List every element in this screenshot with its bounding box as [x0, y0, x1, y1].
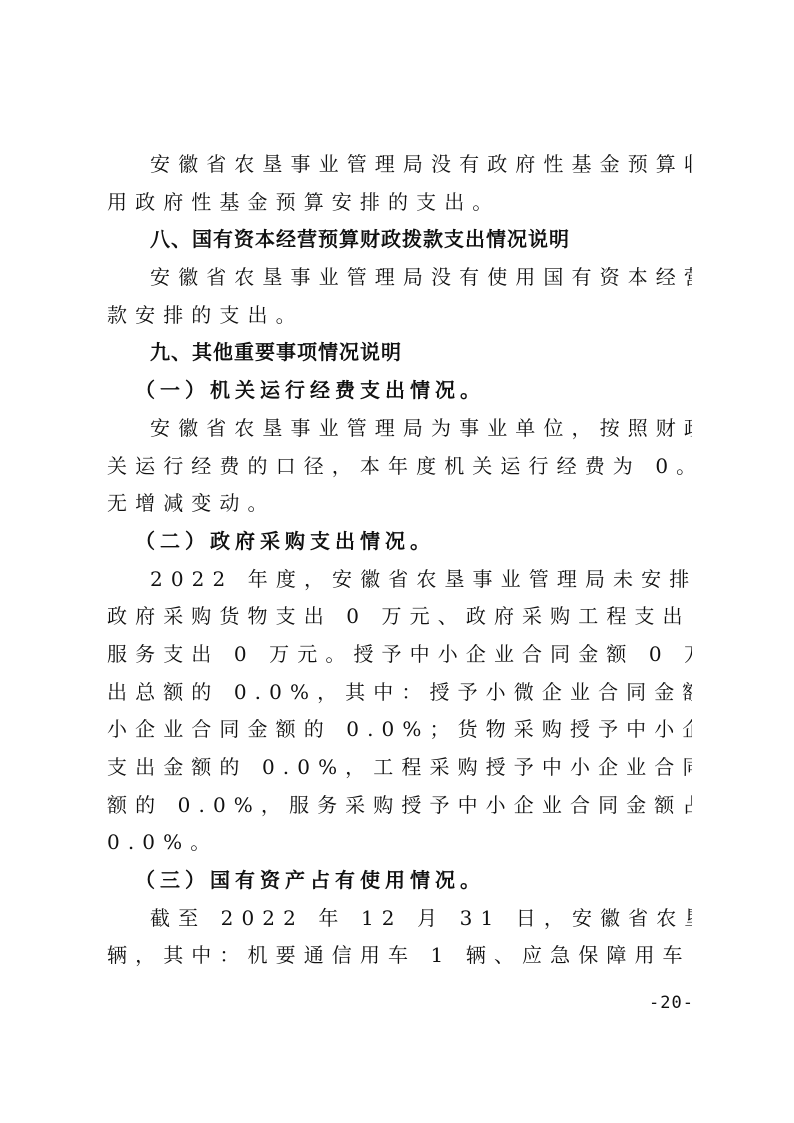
subsection-heading-3: （三）国有资产占有使用情况。: [107, 862, 692, 900]
paragraph-line: 关运行经费的口径，本年度机关运行经费为 0。与 2021 年相比，: [107, 448, 692, 486]
subsection-heading-1: （一）机关运行经费支出情况。: [107, 372, 692, 410]
paragraph-line: 截至 2022 年 12 月 31 日，安徽省农垦事业管理局共有车辆 3: [107, 900, 692, 938]
paragraph-line: 安徽省农垦事业管理局为事业单位，按照财政部部门决算机: [107, 410, 692, 448]
document-page: 安徽省农垦事业管理局没有政府性基金预算收入，也没有使 用政府性基金预算安排的支出…: [0, 0, 794, 1123]
paragraph-line: 款安排的支出。: [107, 297, 692, 335]
paragraph-line: 0.0%。: [107, 824, 692, 862]
document-body: 安徽省农垦事业管理局没有政府性基金预算收入，也没有使 用政府性基金预算安排的支出…: [107, 146, 692, 975]
paragraph-line: 安徽省农垦事业管理局没有使用国有资本经营预算财政拨: [107, 259, 692, 297]
paragraph-line: 无增减变动。: [107, 485, 692, 523]
paragraph-line: 小企业合同金额的 0.0%；货物采购授予中小企业合同金额占货物: [107, 711, 692, 749]
paragraph-line: 2022 年度，安徽省农垦事业管理局未安排政府采购支出，故: [107, 561, 692, 599]
paragraph-line: 支出金额的 0.0%，工程采购授予中小企业合同金额占工程支出金: [107, 749, 692, 787]
page-number: -20-: [649, 993, 694, 1013]
paragraph-line: 服务支出 0 万元。授予中小企业合同金额 0 万元，占政府采购支: [107, 636, 692, 674]
paragraph-line: 额的 0.0%，服务采购授予中小企业合同金额占服务支出金额的: [107, 787, 692, 825]
subsection-heading-2: （二）政府采购支出情况。: [107, 523, 692, 561]
paragraph-line: 安徽省农垦事业管理局没有政府性基金预算收入，也没有使: [107, 146, 692, 184]
section-heading-8: 八、国有资本经营预算财政拨款支出情况说明: [107, 221, 692, 259]
paragraph-line: 用政府性基金预算安排的支出。: [107, 184, 692, 222]
paragraph-line: 辆，其中：机要通信用车 1 辆、应急保障用车 1 辆、其他用车 1: [107, 937, 692, 975]
paragraph-line: 出总额的 0.0%，其中：授予小微企业合同金额 0 万元，占授予中: [107, 674, 692, 712]
section-heading-9: 九、其他重要事项情况说明: [107, 334, 692, 372]
paragraph-line: 政府采购货物支出 0 万元、政府采购工程支出 0 万元、政府采购: [107, 598, 692, 636]
